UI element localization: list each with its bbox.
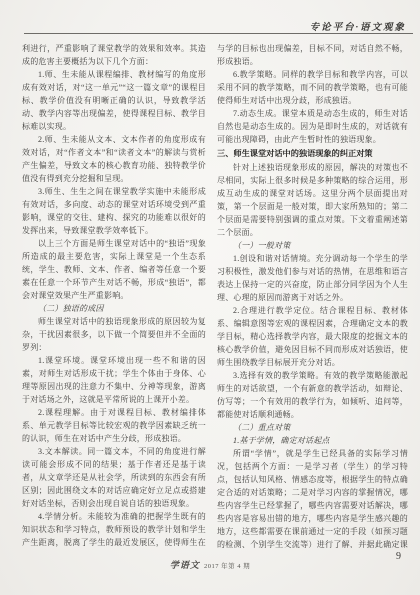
paragraph: 3.选择有效的教学策略。有效的教学策略能激起师生的对话欲望，一个有新意的教学活动… (217, 369, 408, 421)
paragraph: 2.师、生未能从文本、文本作者的角度形成有效对话，对“作者文本”和“读者文本”的… (22, 133, 206, 185)
journal-name: 学语文 (170, 560, 200, 570)
paragraph: 1.课堂环境。课堂环境出现一些不和谐的因素，对师生对话形成干扰；学生个体由于身体… (22, 354, 206, 406)
issue-info: 2017 年第 4 期 (204, 563, 250, 570)
paragraph: （二）独语的成因 (22, 302, 206, 315)
paragraph: 2.合理进行教学定位。结合课程目标、教材体系、编辑意图等宏观的课程因素，合理确定… (217, 304, 408, 369)
paragraph: 所谓“学情”，就是学生已经具备的实际学习情况，包括两个方面：一是学习者（学生）的… (217, 447, 408, 548)
header-rule (24, 33, 413, 34)
article-body: 利进行，严重影响了课堂教学的效果和效率。其造成的危害主要概括为以下几个方面： 1… (22, 42, 408, 548)
paragraph: 4.学情分析。未能较为准确的把握学生既有的知识状态和学习特点，教师预设的教学计划… (22, 510, 206, 548)
page-footer: 学语文2017 年第 4 期 9 (0, 555, 420, 569)
paragraph: 师生课堂对话中的独语现象形成的原因较为复杂，干扰因素很多，以下做一个简要但并不全… (22, 315, 206, 354)
paragraph: （一）一般对策 (217, 239, 408, 252)
paragraph: 利进行，严重影响了课堂教学的效果和效率。其造成的危害主要概括为以下几个方面： (22, 42, 206, 68)
paragraph: 6.教学策略。同样的教学目标和教学内容，可以采用不同的教学策略，而不同的教学策略… (217, 68, 408, 107)
paragraph: 3.师生、生生之间在课堂教学实施中未能形成有效对话，多向度、动态的课堂对话环境受… (22, 185, 206, 237)
paragraph: 三、师生课堂对话中的独语现象的纠正对策 (217, 147, 408, 160)
paragraph: 3.文本解读。同一篇文本，不同的角度进行解读可能会形成不同的结果；基于作者还是基… (22, 445, 206, 510)
page-number: 9 (396, 551, 401, 562)
paragraph: 针对上述独语现象形成的原因，解决的对策也不尽相同，实际上很多时候是多种策略的综合… (217, 161, 408, 239)
paragraph: 7.动态生成。课堂本质是动态生成的，师生对话自然也是动态生成的。因为是即时生成的… (217, 107, 408, 146)
right-column: 与学的目标也出现偏差，目标不同，对话自然不畅，形成独语。 6.教学策略。同样的教… (217, 42, 408, 548)
paragraph: 1.创设和谐对话情境。充分调动每一个学生的学习积极性，激发他们参与对话的热情，在… (217, 252, 408, 304)
footer-journal-line: 学语文2017 年第 4 期 (0, 555, 420, 573)
paragraph: 2.课程理解。由于对课程目标、教材编排体系、单元教学目标等比较宏观的教学因素缺乏… (22, 406, 206, 445)
left-column: 利进行，严重影响了课堂教学的效果和效率。其造成的危害主要概括为以下几个方面： 1… (22, 42, 206, 548)
paragraph: 1.师、生未能从课程编排、教材编写的角度形成有效对话，对“这一单元”“这一篇文章… (22, 68, 206, 133)
paragraph: 以上三个方面是师生课堂对话中的“独语”现象所造成的最主要危害，实际上课堂是一个生… (22, 237, 206, 302)
paragraph: 与学的目标也出现偏差，目标不同，对话自然不畅，形成独语。 (217, 42, 408, 68)
journal-page: 专论平台·语文观象 利进行，严重影响了课堂教学的效果和效率。其造成的危害主要概括… (0, 0, 420, 595)
paragraph: （二）重点对策 (217, 421, 408, 434)
column-title: 专论平台·语文观象 (310, 19, 406, 33)
paragraph: 1.基于学情，确定对话起点 (217, 434, 408, 447)
